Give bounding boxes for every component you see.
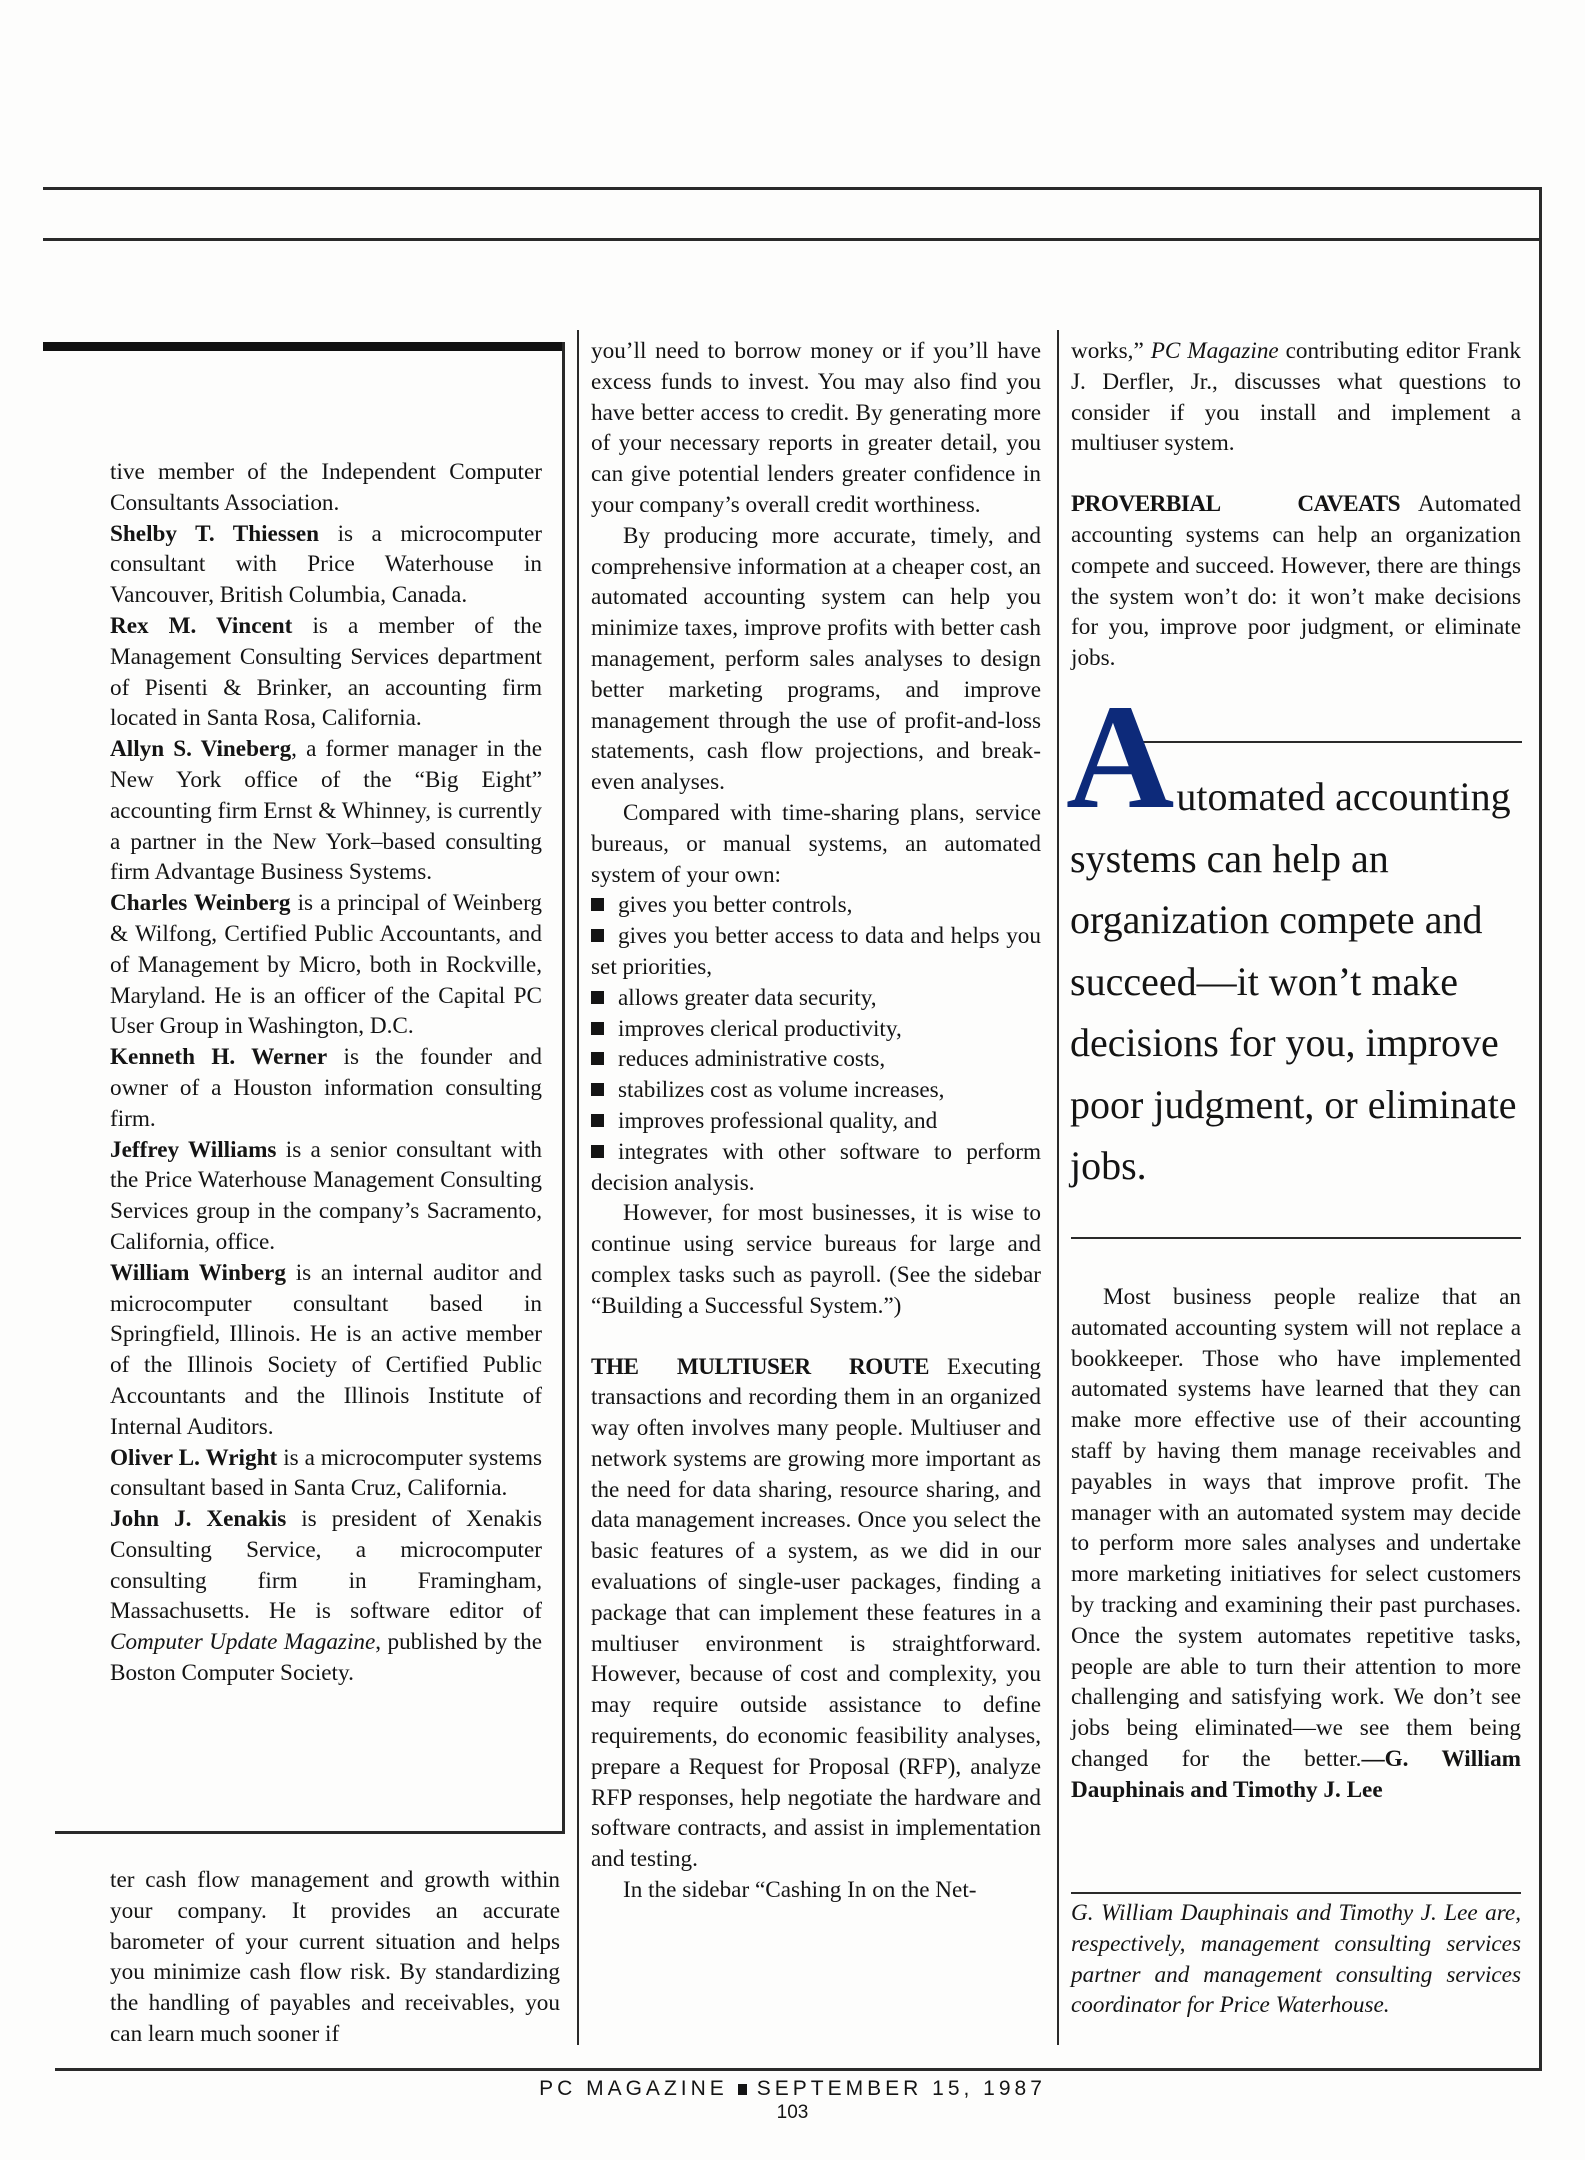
bullet-square-icon [591,898,604,911]
bullet-square-icon [591,929,604,942]
pull-quote-bottom-rule [1071,1237,1521,1239]
column-divider-1 [577,330,579,2045]
bio-oliver-wright: Oliver L. Wright is a microcomputer syst… [110,1443,542,1505]
section-multiuser-route: THE MULTIUSER ROUTEExecuting transaction… [591,1352,1041,1876]
paragraph: works,” PC Magazine contributing editor … [1071,336,1521,459]
issue-date: SEPTEMBER 15, 1987 [757,2077,1046,2100]
left-body-continuation: ter cash flow management and growth with… [110,1865,560,2050]
bio-continued: tive member of the Independent Computer … [110,457,542,519]
section-heading: THE MULTIUSER ROUTE [591,1354,929,1380]
author-note: G. William Dauphinais and Timothy J. Lee… [1071,1898,1521,2021]
bio-kenneth-werner: Kenneth H. Werner is the founder and own… [110,1042,542,1134]
bullet-square-icon [591,991,604,1004]
paragraph: Most business people realize that an aut… [1071,1282,1521,1806]
paragraph: However, for most businesses, it is wise… [591,1198,1041,1321]
sidebar-right-border [562,342,565,1834]
right-column-top: works,” PC Magazine contributing editor … [1071,336,1521,674]
top-rule [43,187,1542,190]
sidebar-bottom-border [55,1831,565,1834]
paragraph: Compared with time-sharing plans, servic… [591,798,1041,890]
list-item: stabilizes cost as volume increases, [591,1075,1041,1106]
separator-square-icon [738,2084,747,2095]
benefits-list: gives you better controls, gives you bet… [591,890,1041,1198]
list-item: improves professional quality, and [591,1106,1041,1137]
bio-charles-weinberg: Charles Weinberg is a principal of Weinb… [110,888,542,1042]
paragraph: you’ll need to borrow money or if you’ll… [591,336,1041,521]
list-item: improves clerical productivity, [591,1014,1041,1045]
bio-shelby-thiessen: Shelby T. Thiessen is a microcomputer co… [110,519,542,611]
page-number: 103 [0,2101,1585,2125]
bio-john-xenakis: John J. Xenakis is president of Xenakis … [110,1504,542,1689]
list-item: integrates with other software to perfor… [591,1137,1041,1199]
bullet-square-icon [591,1145,604,1158]
contributor-bios: tive member of the Independent Computer … [110,457,542,1689]
middle-column: you’ll need to borrow money or if you’ll… [591,336,1041,1906]
bullet-square-icon [591,1083,604,1096]
section-proverbial-caveats: PROVERBIAL CAVEATSAutomated accounting s… [1071,489,1521,674]
bio-william-winberg: William Winberg is an internal auditor a… [110,1258,542,1443]
list-item: gives you better controls, [591,890,1041,921]
right-column-bottom: Most business people realize that an aut… [1071,1282,1521,1806]
bio-rex-vincent: Rex M. Vincent is a member of the Manage… [110,611,542,734]
column-divider-2 [1057,330,1059,2045]
publication-name: PC MAGAZINE [539,2077,728,2100]
page-right-border [1539,187,1542,2071]
paragraph: By producing more accurate, timely, and … [591,521,1041,798]
bio-jeffrey-williams: Jeffrey Williams is a senior consultant … [110,1135,542,1258]
bullet-square-icon [591,1022,604,1035]
drop-cap: A [1066,702,1174,820]
bio-allyn-vineberg: Allyn S. Vineberg, a former manager in t… [110,734,542,888]
list-item: gives you better access to data and help… [591,921,1041,983]
list-item: allows greater data security, [591,983,1041,1014]
header-rule [43,238,1542,241]
paragraph: In the sidebar “Cashing In on the Net- [591,1875,1041,1906]
page-footer: PC MAGAZINESEPTEMBER 15, 1987 103 [0,2077,1585,2125]
bullet-square-icon [591,1052,604,1065]
sidebar-heavy-rule [43,342,565,351]
author-note-rule [1071,1892,1521,1894]
list-item: reduces administrative costs, [591,1044,1041,1075]
bullet-square-icon [591,1114,604,1127]
pull-quote: A utomated accounting systems can help a… [1070,700,1520,1197]
bottom-rule [55,2068,1542,2071]
section-heading: PROVERBIAL CAVEATS [1071,491,1400,517]
